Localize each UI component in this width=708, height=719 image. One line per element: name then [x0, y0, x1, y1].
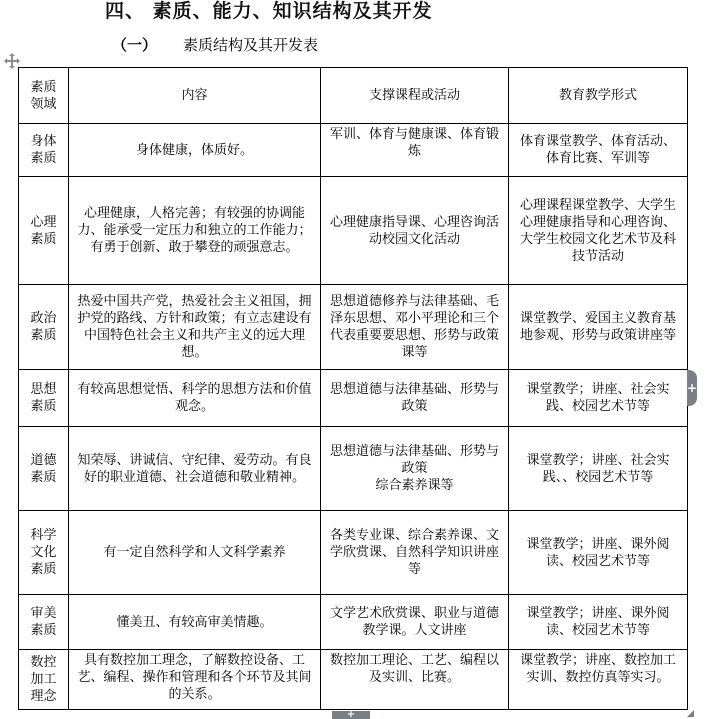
cell-content[interactable]: 有一定自然科学和人文科学素养 — [69, 511, 321, 595]
cell-content[interactable]: 懂美丑、有较高审美情趣。 — [69, 595, 321, 650]
subsection-title: 素质结构及其开发表 — [183, 36, 318, 54]
cell-area[interactable]: 数控加工理念 — [19, 650, 69, 710]
table-resize-handle-icon[interactable] — [687, 710, 694, 717]
cell-area[interactable]: 科学文化素质 — [19, 511, 69, 595]
plus-icon: + — [687, 381, 697, 395]
cell-forms[interactable]: 课堂教学；讲座、数控加工实训、数控仿真等实习。 — [509, 650, 688, 710]
cell-courses[interactable]: 军训、体育与健康课、体育锻炼 — [321, 124, 509, 177]
plus-icon: + — [347, 709, 355, 719]
cell-courses[interactable]: 思想道德与法律基础、形势与政策 综合素养课等 — [321, 427, 509, 511]
cell-area[interactable]: 审美素质 — [19, 595, 69, 650]
table-row: 数控加工理念 具有数控加工理念，了解数控设备、工艺、编程、操作和管理和各个环节及… — [19, 650, 688, 710]
cell-forms[interactable]: 心理课程课堂教学、大学生心理健康指导和心理咨询、大学生校园文化艺术节及科技节活动 — [509, 177, 688, 285]
cell-forms[interactable]: 课堂教学；讲座、课外阅读、校园艺术节等 — [509, 595, 688, 650]
table-header-row: 素质领域 内容 支撑课程或活动 教育教学形式 — [19, 68, 688, 124]
table-row: 心理素质 心理健康，人格完善；有较强的协调能力、能承受一定压力和独立的工作能力；… — [19, 177, 688, 285]
header-content[interactable]: 内容 — [69, 68, 321, 124]
table-row: 思想素质 有较高思想觉悟、科学的思想方法和价值观念。 思想道德与法律基础、形势与… — [19, 370, 688, 427]
cell-area[interactable]: 身体素质 — [19, 124, 69, 177]
cell-area[interactable]: 心理素质 — [19, 177, 69, 285]
cell-area[interactable]: 思想素质 — [19, 370, 69, 427]
cell-courses[interactable]: 文学艺术欣赏课、职业与道德教学课。人文讲座 — [321, 595, 509, 650]
cell-forms[interactable]: 课堂教学；讲座、社会实践、、校园艺术节等 — [509, 427, 688, 511]
cell-forms[interactable]: 课堂教学；讲座、社会实践、校园艺术节等 — [509, 370, 688, 427]
cell-courses[interactable]: 心理健康指导课、心理咨询活动校园文化活动 — [321, 177, 509, 285]
table-row: 身体素质 身体健康，体质好。 军训、体育与健康课、体育锻炼 体育课堂教学、体育活… — [19, 124, 688, 177]
cell-courses[interactable]: 思想道德修养与法律基础、毛泽东思想、邓小平理论和三个代表重要要思想、形势与政策课… — [321, 285, 509, 370]
cell-content[interactable]: 具有数控加工理念，了解数控设备、工艺、编程、操作和管理和各个环节及其间的关系。 — [69, 650, 321, 710]
cell-content[interactable]: 身体健康，体质好。 — [69, 124, 321, 177]
cell-area[interactable]: 道德素质 — [19, 427, 69, 511]
section-title: 四、 素质、能力、知识结构及其开发 — [105, 0, 433, 23]
header-courses[interactable]: 支撑课程或活动 — [321, 68, 509, 124]
subsection-number: （一） — [112, 36, 157, 54]
header-forms[interactable]: 教育教学形式 — [509, 68, 688, 124]
table-row: 道德素质 知荣辱、讲诚信、守纪律、爱劳动。有良好的职业道德、社会道德和敬业精神。… — [19, 427, 688, 511]
cell-courses[interactable]: 各类专业课、综合素养课、文学欣赏课、自然科学知识讲座等 — [321, 511, 509, 595]
quality-structure-table: 素质领域 内容 支撑课程或活动 教育教学形式 身体素质 身体健康，体质好。 军训… — [18, 67, 688, 710]
cell-courses[interactable]: 数控加工理论、工艺、编程以及实训、比赛。 — [321, 650, 509, 710]
table-row: 审美素质 懂美丑、有较高审美情趣。 文学艺术欣赏课、职业与道德教学课。人文讲座 … — [19, 595, 688, 650]
cell-forms[interactable]: 课堂教学；讲座、课外阅读、校园艺术节等 — [509, 511, 688, 595]
cell-content[interactable]: 心理健康，人格完善；有较强的协调能力、能承受一定压力和独立的工作能力；有勇于创新… — [69, 177, 321, 285]
cell-content[interactable]: 有较高思想觉悟、科学的思想方法和价值观念。 — [69, 370, 321, 427]
cell-forms[interactable]: 课堂教学、爱国主义教育基地参观、形势与政策讲座等 — [509, 285, 688, 370]
header-area[interactable]: 素质领域 — [19, 68, 69, 124]
add-row-button[interactable]: + — [332, 711, 370, 719]
add-column-button[interactable]: + — [687, 370, 697, 406]
table-row: 政治素质 热爱中国共产党，热爱社会主义祖国，拥护党的路线、方针和政策；有立志建设… — [19, 285, 688, 370]
cell-forms[interactable]: 体育课堂教学、体育活动、体育比赛、军训等 — [509, 124, 688, 177]
table-row: 科学文化素质 有一定自然科学和人文科学素养 各类专业课、综合素养课、文学欣赏课、… — [19, 511, 688, 595]
cell-area[interactable]: 政治素质 — [19, 285, 69, 370]
subsection-heading: （一）素质结构及其开发表 — [112, 34, 318, 55]
cell-content[interactable]: 知荣辱、讲诚信、守纪律、爱劳动。有良好的职业道德、社会道德和敬业精神。 — [69, 427, 321, 511]
cell-content[interactable]: 热爱中国共产党，热爱社会主义祖国，拥护党的路线、方针和政策；有立志建设有中国特色… — [69, 285, 321, 370]
cell-courses[interactable]: 思想道德与法律基础、形势与政策 — [321, 370, 509, 427]
